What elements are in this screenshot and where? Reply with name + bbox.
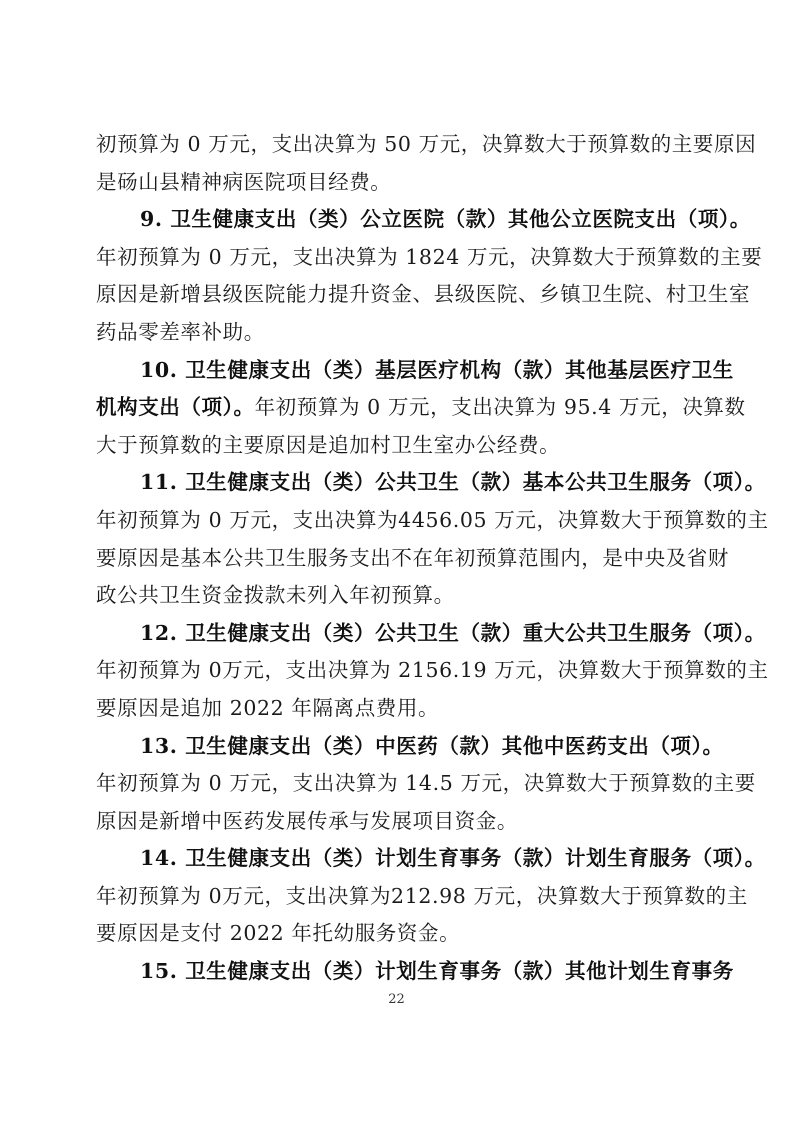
paragraph-line: 年初预算为 0 万元，支出决算为4456.05 万元，决算数大于预算数的主 [96,502,708,540]
paragraph-line: 年初预算为 0 万元，支出决算为 14.5 万元，决算数大于预算数的主要 [96,765,708,803]
paragraph-line: 原因是新增县级医院能力提升资金、县级医院、乡镇卫生院、村卫生室 [96,276,708,314]
section-heading-11: 11. 卫生健康支出（类）公共卫生（款）基本公共卫生服务（项）。 [96,464,708,502]
paragraph-line: 政公共卫生资金拨款未列入年初预算。 [96,577,708,615]
paragraph-line: 年初预算为 0万元，支出决算为212.98 万元，决算数大于预算数的主 [96,878,708,916]
paragraph-line: 初预算为 0 万元，支出决算为 50 万元，决算数大于预算数的主要原因 [96,126,708,164]
paragraph-line: 原因是新增中医药发展传承与发展项目资金。 [96,803,708,841]
page-number: 22 [0,992,793,1007]
document-body: 初预算为 0 万元，支出决算为 50 万元，决算数大于预算数的主要原因 是砀山县… [96,126,708,991]
section-heading-15: 15. 卫生健康支出（类）计划生育事务（款）其他计划生育事务 [96,953,708,991]
section-heading-12: 12. 卫生健康支出（类）公共卫生（款）重大公共卫生服务（项）。 [96,615,708,653]
paragraph-text: 年初预算为 0 万元，支出决算为 95.4 万元，决算数 [255,395,746,419]
paragraph-line: 机构支出（项）。年初预算为 0 万元，支出决算为 95.4 万元，决算数 [96,389,708,427]
section-heading-9: 9. 卫生健康支出（类）公立医院（款）其他公立医院支出（项）。 [96,201,708,239]
paragraph-line: 大于预算数的主要原因是追加村卫生室办公经费。 [96,427,708,465]
paragraph-line: 年初预算为 0万元，支出决算为 2156.19 万元，决算数大于预算数的主 [96,652,708,690]
paragraph-line: 是砀山县精神病医院项目经费。 [96,164,708,202]
section-heading-10-continued: 机构支出（项）。 [96,395,255,419]
section-heading-14: 14. 卫生健康支出（类）计划生育事务（款）计划生育服务（项）。 [96,840,708,878]
paragraph-line: 要原因是追加 2022 年隔离点费用。 [96,690,708,728]
paragraph-line: 要原因是支付 2022 年托幼服务资金。 [96,915,708,953]
section-heading-10: 10. 卫生健康支出（类）基层医疗机构（款）其他基层医疗卫生 [96,352,708,390]
paragraph-line: 年初预算为 0 万元，支出决算为 1824 万元，决算数大于预算数的主要 [96,239,708,277]
paragraph-line: 药品零差率补助。 [96,314,708,352]
paragraph-line: 要原因是基本公共卫生服务支出不在年初预算范围内，是中央及省财 [96,540,708,578]
section-heading-13: 13. 卫生健康支出（类）中医药（款）其他中医药支出（项）。 [96,728,708,766]
